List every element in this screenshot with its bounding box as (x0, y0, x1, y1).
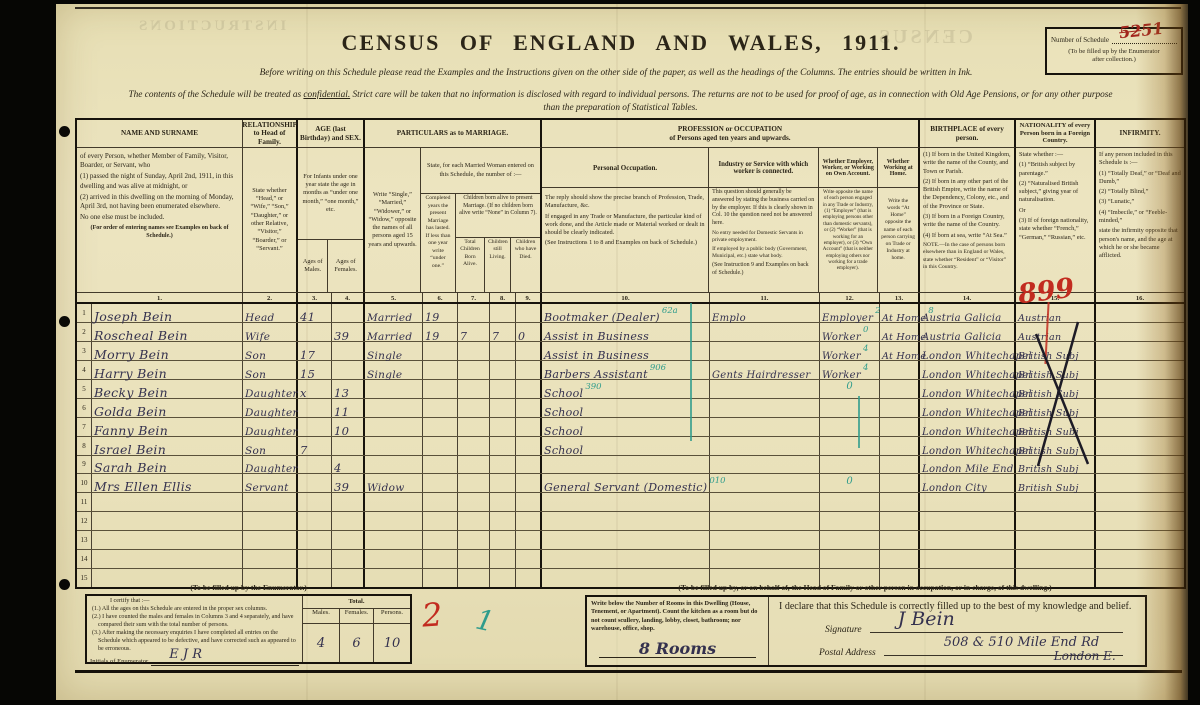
cell-age_m: 41 (298, 304, 332, 322)
at-home-head: Whether Working at Home. (878, 148, 918, 188)
cell-at_home (880, 361, 920, 379)
postal-address-line: 508 & 510 Mile End Rd London E. (884, 641, 1123, 656)
table-row: 2Roscheal BeinWife39Married19770Assist i… (77, 323, 1184, 342)
cell-employer (820, 531, 880, 549)
table-row: 7Fanny BeinDaughter10SchoolLondon Whitec… (77, 418, 1184, 437)
cell-no: 14 (77, 550, 92, 568)
cell-nationality: British Subj (1016, 342, 1096, 360)
rooms-cell: Write below the Number of Rooms in this … (587, 597, 769, 665)
cell-occupation: Bootmaker (Dealer)62a (542, 304, 710, 322)
cell-employer (820, 550, 880, 568)
cell-birthplace: London City (920, 474, 1016, 492)
cell-born (458, 531, 490, 549)
cell-living (490, 569, 516, 587)
col-head-nationality: NATIONALITY of every Person born in a Fo… (1016, 120, 1096, 148)
cell-died (516, 456, 542, 474)
personal-p1: The reply should show the precise branch… (542, 188, 708, 212)
schedule-note-line2: after collection.) (1051, 56, 1177, 64)
certify-item-2: (2.) I have counted the males and female… (90, 614, 299, 630)
cell-years (423, 474, 458, 492)
signature-row: Signature J Bein (779, 618, 1137, 635)
table-row: 10Mrs Ellen EllisServant39WidowGeneral S… (77, 474, 1184, 493)
cell-born (458, 550, 490, 568)
females-total: 6 (340, 624, 374, 662)
confidential-line: The contents of the Schedule will be tre… (78, 90, 1163, 100)
cell-age_m: 17 (298, 342, 332, 360)
cell-birthplace: London Whitechapel (920, 380, 1016, 398)
cell-industry (710, 323, 820, 341)
cell-employer: 0 (820, 474, 880, 492)
col-head-profession: PROFESSION or OCCUPATION of Persons aged… (542, 120, 920, 148)
cell-born (458, 512, 490, 530)
handwritten-entry: Morry Bein (94, 347, 169, 362)
cell-relationship (243, 550, 298, 568)
cell-died (516, 380, 542, 398)
cell-infirmity (1096, 323, 1184, 341)
cell-years (423, 550, 458, 568)
cell-years (423, 399, 458, 417)
census-table: NAME AND SURNAME RELATIONSHIP to Head of… (75, 118, 1186, 589)
infirmity-p6: state the infirmity opposite that person… (1096, 226, 1184, 261)
cell-years: 19 (423, 323, 458, 341)
cell-employer: Worker0 (820, 323, 880, 341)
bottom-edge-rule (75, 670, 1182, 673)
cell-living (490, 493, 516, 511)
cell-nationality (1016, 531, 1096, 549)
cell-marriage (365, 380, 423, 398)
cell-living (490, 418, 516, 436)
cell-marriage (365, 512, 423, 530)
cell-infirmity (1096, 380, 1184, 398)
cell-occupation: General Servant (Domestic)010 (542, 474, 710, 492)
nationality-p4: Or (1016, 206, 1094, 216)
cell-age_f (332, 437, 365, 455)
cell-infirmity (1096, 531, 1184, 549)
column-number-9: 9. (516, 293, 542, 302)
cell-birthplace (920, 493, 1016, 511)
cell-years (423, 361, 458, 379)
cell-living (490, 342, 516, 360)
personal-occupation-col: Personal Occupation. The reply should sh… (542, 148, 709, 292)
cell-relationship: Daughter (243, 418, 298, 436)
cell-occupation: School (542, 437, 710, 455)
declaration-section-heading: (To be filled up by, or on behalf of, th… (565, 583, 1165, 592)
column-number-14: 14. (920, 293, 1016, 302)
enumerator-section-heading: (To be filled up by the Enumerator.) (85, 583, 412, 592)
cell-age_f (332, 342, 365, 360)
cell-occupation: Assist in Business (542, 342, 710, 360)
cell-age_f (332, 304, 365, 322)
cell-no: 2 (77, 323, 92, 341)
cell-industry (710, 493, 820, 511)
declaration-box: Write below the Number of Rooms in this … (585, 595, 1147, 667)
cell-age_m (298, 323, 332, 341)
handwritten-entry: 17 (300, 348, 315, 362)
infirmity-description: If any person included in this Schedule … (1096, 148, 1184, 292)
cell-industry (710, 399, 820, 417)
cell-birthplace (920, 512, 1016, 530)
rooms-instruction: Write below the Number of Rooms in this … (591, 600, 764, 633)
column-number-15: 15. (1016, 293, 1096, 302)
cell-relationship (243, 531, 298, 549)
column-number-row: 1.2.3.4.5.6.7.8.9.10.11.12.13.14.15.16. (77, 292, 1184, 304)
cell-marriage (365, 437, 423, 455)
birthplace-p3: (3) If born in a Foreign Country, write … (920, 212, 1014, 231)
cell-relationship: Daughter (243, 456, 298, 474)
cell-years (423, 493, 458, 511)
cell-at_home: At Home8 (880, 304, 920, 322)
children-head: Children born alive to present Marriage.… (456, 194, 540, 238)
column-number-10: 10. (542, 293, 710, 302)
punch-hole (59, 126, 70, 137)
handwritten-entry: Sarah Bein (94, 460, 167, 475)
cell-age_f: 39 (332, 474, 365, 492)
cell-age_f: 4 (332, 456, 365, 474)
cell-died: 0 (516, 323, 542, 341)
green-enumerator-code: 0 (863, 325, 868, 335)
cell-infirmity (1096, 437, 1184, 455)
married-woman-section: State, for each Married Woman entered on… (421, 148, 540, 292)
industry-p1: This question should generally be answer… (709, 188, 817, 229)
cell-infirmity (1096, 550, 1184, 568)
industry-col: Industry or Service with which worker is… (709, 148, 818, 292)
cell-name (92, 493, 243, 511)
males-total: 4 (303, 624, 340, 662)
cell-birthplace: London Whitechapel (920, 342, 1016, 360)
cell-occupation: School (542, 418, 710, 436)
cell-nationality: Austrian (1016, 323, 1096, 341)
table-row: 9Sarah BeinDaughter4London Mile EndBriti… (77, 456, 1184, 475)
green-enumerator-code: 0 (846, 381, 852, 392)
industry-head: Industry or Service with which worker is… (709, 148, 817, 188)
confidential-pre: The contents of the Schedule will be tre… (128, 90, 303, 100)
cell-age_f (332, 512, 365, 530)
top-edge-rule (75, 7, 1181, 9)
cell-living (490, 304, 516, 322)
cell-birthplace: Austria Galicia (920, 304, 1016, 322)
cell-name (92, 531, 243, 549)
cell-age_f (332, 550, 365, 568)
cell-infirmity (1096, 418, 1184, 436)
handwritten-entry: 15 (300, 367, 315, 381)
table-row: 4Harry BeinSon15SingleBarbers Assistant9… (77, 361, 1184, 380)
marriage-description: Write “Single,” “Married,” “Widower,” or… (365, 148, 542, 292)
col-head-infirmity: INFIRMITY. (1096, 120, 1184, 148)
table-description-row: of every Person, whether Member of Famil… (77, 148, 1184, 292)
cell-relationship: Son (243, 342, 298, 360)
cell-employer (820, 437, 880, 455)
column-number-13: 13. (880, 293, 920, 302)
column-number-8: 8. (490, 293, 516, 302)
cell-infirmity (1096, 474, 1184, 492)
cell-no: 10 (77, 474, 92, 492)
handwritten-entry: Mrs Ellen Ellis (94, 479, 192, 494)
cell-nationality: British Subj (1016, 456, 1096, 474)
handwritten-entry: Golda Bein (94, 404, 167, 419)
green-enumerator-code: 906 (650, 363, 666, 373)
cell-employer: Worker4 (820, 361, 880, 379)
table-row: 6Golda BeinDaughter11SchoolLondon Whitec… (77, 399, 1184, 418)
cell-years (423, 569, 458, 587)
cell-years: 19 (423, 304, 458, 322)
cell-died (516, 474, 542, 492)
cell-employer (820, 418, 880, 436)
profession-head: PROFESSION or OCCUPATION (678, 125, 782, 134)
children-died-head: Children who have Died. (511, 238, 540, 292)
rooms-answer-line: 8 Rooms (599, 636, 756, 658)
cell-occupation (542, 550, 710, 568)
handwritten-entry: 39 (334, 480, 349, 494)
column-number-11: 11. (710, 293, 820, 302)
cell-no: 11 (77, 493, 92, 511)
cell-living (490, 437, 516, 455)
signature-label: Signature (825, 625, 862, 635)
cell-age_m (298, 550, 332, 568)
schedule-note-line1: (To be filled up by the Enumerator (1051, 48, 1177, 56)
enumerator-initials-handwriting: E J R (169, 647, 202, 664)
cell-at_home: At Home (880, 342, 920, 360)
cell-name: Harry Bein (92, 361, 243, 379)
cell-nationality: British Subj (1016, 474, 1096, 492)
cell-born (458, 342, 490, 360)
declaration-statement: I declare that this Schedule is correctl… (779, 601, 1137, 612)
table-group-header-row: NAME AND SURNAME RELATIONSHIP to Head of… (77, 120, 1184, 148)
cell-at_home (880, 531, 920, 549)
cell-years (423, 418, 458, 436)
cell-age_m (298, 531, 332, 549)
cell-at_home (880, 512, 920, 530)
relationship-description: State whether “Head,” or “Wife,” “Son,” … (243, 148, 298, 292)
cell-living (490, 361, 516, 379)
green-check-mark: 1 (473, 603, 497, 639)
cell-name: Golda Bein (92, 399, 243, 417)
cell-died (516, 361, 542, 379)
cell-died (516, 304, 542, 322)
cell-industry (710, 512, 820, 530)
cell-no: 12 (77, 512, 92, 530)
birthplace-p1: (1) If born in the United Kingdom, write… (920, 148, 1014, 177)
cell-age_m (298, 512, 332, 530)
cell-born (458, 380, 490, 398)
employer-desc: Write opposite the name of each person e… (819, 188, 878, 273)
cell-marriage (365, 456, 423, 474)
cell-industry (710, 342, 820, 360)
cell-at_home (880, 418, 920, 436)
confidential-line-2: than the preparation of Statistical Tabl… (78, 103, 1163, 113)
cell-occupation: Assist in Business (542, 323, 710, 341)
column-number-16: 16. (1096, 293, 1184, 302)
column-number-4: 4. (332, 293, 365, 302)
cell-marriage: Single (365, 342, 423, 360)
enumerator-box: I certify that :— (1.) All the ages on t… (85, 594, 412, 664)
table-row: 3Morry BeinSon17SingleAssist in Business… (77, 342, 1184, 361)
cell-infirmity (1096, 493, 1184, 511)
confidential-post: Strict care will be taken that no inform… (350, 90, 1112, 100)
cell-industry (710, 456, 820, 474)
cell-name: Sarah Bein (92, 456, 243, 474)
cell-born (458, 493, 490, 511)
name-desc-p4: No one else must be included. (77, 212, 242, 223)
cell-birthplace: London Whitechapel (920, 418, 1016, 436)
cell-years (423, 531, 458, 549)
cell-age_m (298, 474, 332, 492)
cell-relationship: Daughter (243, 399, 298, 417)
cell-nationality (1016, 493, 1096, 511)
name-desc-p1: of every Person, whether Member of Famil… (77, 148, 242, 171)
cell-no: 8 (77, 437, 92, 455)
industry-p4: (See Instruction 9 and Examples on back … (709, 261, 817, 279)
cell-marriage: Widow (365, 474, 423, 492)
cell-marriage (365, 399, 423, 417)
red-check-mark: 2 (421, 595, 444, 634)
cell-name: Joseph Bein (92, 304, 243, 322)
cell-living (490, 380, 516, 398)
cell-died (516, 418, 542, 436)
personal-p2: If engaged in any Trade or Manufacture, … (542, 212, 708, 239)
infirmity-p1: If any person included in this Schedule … (1096, 148, 1184, 169)
handwritten-entry: Harry Bein (94, 366, 167, 381)
cell-name (92, 550, 243, 568)
nationality-p1: State whether :— (1016, 148, 1094, 160)
cell-occupation (542, 531, 710, 549)
cell-nationality (1016, 550, 1096, 568)
name-desc-p2: (1) passed the night of Sunday, April 2n… (77, 171, 242, 191)
cell-no: 7 (77, 418, 92, 436)
birthplace-p2: (2) If born in any other part of the Bri… (920, 177, 1014, 212)
cell-died (516, 531, 542, 549)
cell-industry (710, 418, 820, 436)
cell-years (423, 456, 458, 474)
handwritten-entry: Joseph Bein (94, 309, 172, 324)
cell-industry (710, 531, 820, 549)
name-desc-p3: (2) arrived in this dwelling on the morn… (77, 192, 242, 212)
nationality-p3: (2) “Naturalised British subject,” givin… (1016, 179, 1094, 206)
cell-employer: Employer2 (820, 304, 880, 322)
cell-employer (820, 493, 880, 511)
cell-occupation: School (542, 399, 710, 417)
age-description: For Infants under one year state the age… (298, 148, 365, 292)
handwritten-entry: 13 (334, 386, 349, 400)
totals-values: 4 6 10 (303, 624, 410, 662)
cell-infirmity (1096, 304, 1184, 322)
cell-name: Morry Bein (92, 342, 243, 360)
col-head-name: NAME AND SURNAME (77, 120, 243, 148)
cell-employer (820, 399, 880, 417)
cell-relationship: Head (243, 304, 298, 322)
marriage-years-desc: Completed years the present Marriage has… (421, 194, 456, 292)
cell-died (516, 437, 542, 455)
cell-employer (820, 456, 880, 474)
punch-hole (59, 316, 70, 327)
cell-at_home (880, 550, 920, 568)
cell-name: Mrs Ellen Ellis (92, 474, 243, 492)
married-woman-intro: State, for each Married Woman entered on… (421, 148, 540, 194)
cell-relationship: Son (243, 437, 298, 455)
at-home-desc: Write the words “At Home” opposite the n… (878, 188, 918, 263)
age-desc: For Infants under one year state the age… (298, 148, 363, 239)
personal-occupation-head: Personal Occupation. (542, 148, 708, 188)
cell-no: 5 (77, 380, 92, 398)
personal-p3: (See Instructions 1 to 8 and Examples on… (542, 238, 708, 248)
employer-head: Whether Employer, Worker, or Working on … (819, 148, 878, 188)
handwritten-entry: 10 (334, 424, 349, 438)
age-sub-columns: Ages of Males. Ages of Females. (298, 239, 363, 292)
schedule-number-label: Number of Schedule (1051, 36, 1109, 44)
cell-living (490, 512, 516, 530)
cell-died (516, 399, 542, 417)
table-row: 8Israel BeinSon7SchoolLondon Whitechapel… (77, 437, 1184, 456)
cell-at_home (880, 493, 920, 511)
cell-birthplace: London Whitechapel (920, 399, 1016, 417)
children-sub-columns: Total Children Born Alive. Children stil… (456, 238, 540, 292)
cell-no: 1 (77, 304, 92, 322)
cell-years (423, 342, 458, 360)
cell-occupation (542, 512, 710, 530)
at-home-col: Whether Working at Home. Write the words… (878, 148, 918, 292)
cell-birthplace (920, 531, 1016, 549)
infirmity-p4: (3) “Lunatic,” (1096, 197, 1184, 207)
table-row: 11 (77, 493, 1184, 512)
cell-no: 9 (77, 456, 92, 474)
signature-handwriting: J Bein (898, 608, 955, 630)
cell-marriage (365, 493, 423, 511)
handwritten-entry: Becky Bein (94, 385, 168, 400)
cell-infirmity (1096, 361, 1184, 379)
children-section: Children born alive to present Marriage.… (456, 194, 540, 292)
cell-name (92, 512, 243, 530)
column-number-5: 5. (365, 293, 423, 302)
males-label: Males. (303, 609, 340, 623)
column-number-3: 3. (298, 293, 332, 302)
cell-relationship: Servant (243, 474, 298, 492)
handwritten-entry: 41 (300, 310, 315, 324)
handwritten-entry: 11 (334, 405, 349, 419)
cell-name: Fanny Bein (92, 418, 243, 436)
postal-address-row: Postal Address 508 & 510 Mile End Rd Lon… (779, 641, 1137, 658)
cell-relationship (243, 512, 298, 530)
cell-born (458, 361, 490, 379)
cell-occupation (542, 493, 710, 511)
totals-labels: Males. Females. Persons. (303, 609, 410, 624)
cell-marriage (365, 531, 423, 549)
children-born-head: Total Children Born Alive. (456, 238, 485, 292)
cell-died (516, 342, 542, 360)
cell-died (516, 569, 542, 587)
cell-no: 4 (77, 361, 92, 379)
handwritten-entry: Israel Bein (94, 442, 166, 457)
marriage-single-desc: Write “Single,” “Married,” “Widower,” or… (365, 148, 421, 292)
signature-line: J Bein (870, 618, 1123, 633)
cell-occupation (542, 456, 710, 474)
profession-subhead: of Persons aged ten years and upwards. (669, 134, 790, 143)
cell-born (458, 437, 490, 455)
page-title: CENSUS OF ENGLAND AND WALES, 1911. (146, 30, 1096, 56)
cell-nationality: British Subj (1016, 361, 1096, 379)
cell-no: 13 (77, 531, 92, 549)
cell-age_m (298, 456, 332, 474)
green-enumerator-code: 4 (863, 344, 868, 354)
cell-marriage: Married (365, 323, 423, 341)
cell-marriage (365, 550, 423, 568)
cell-industry (710, 380, 820, 398)
cell-born (458, 474, 490, 492)
industry-p2: No entry needed for Domestic Servants in… (709, 229, 817, 245)
cell-relationship: Daughter (243, 380, 298, 398)
cell-age_f (332, 531, 365, 549)
schedule-number-box: Number of Schedule 5251 (To be filled up… (1045, 27, 1183, 75)
ages-of-females-head: Ages of Females. (328, 240, 363, 292)
col-head-age: AGE (last Birthday) and SEX. (298, 120, 365, 148)
